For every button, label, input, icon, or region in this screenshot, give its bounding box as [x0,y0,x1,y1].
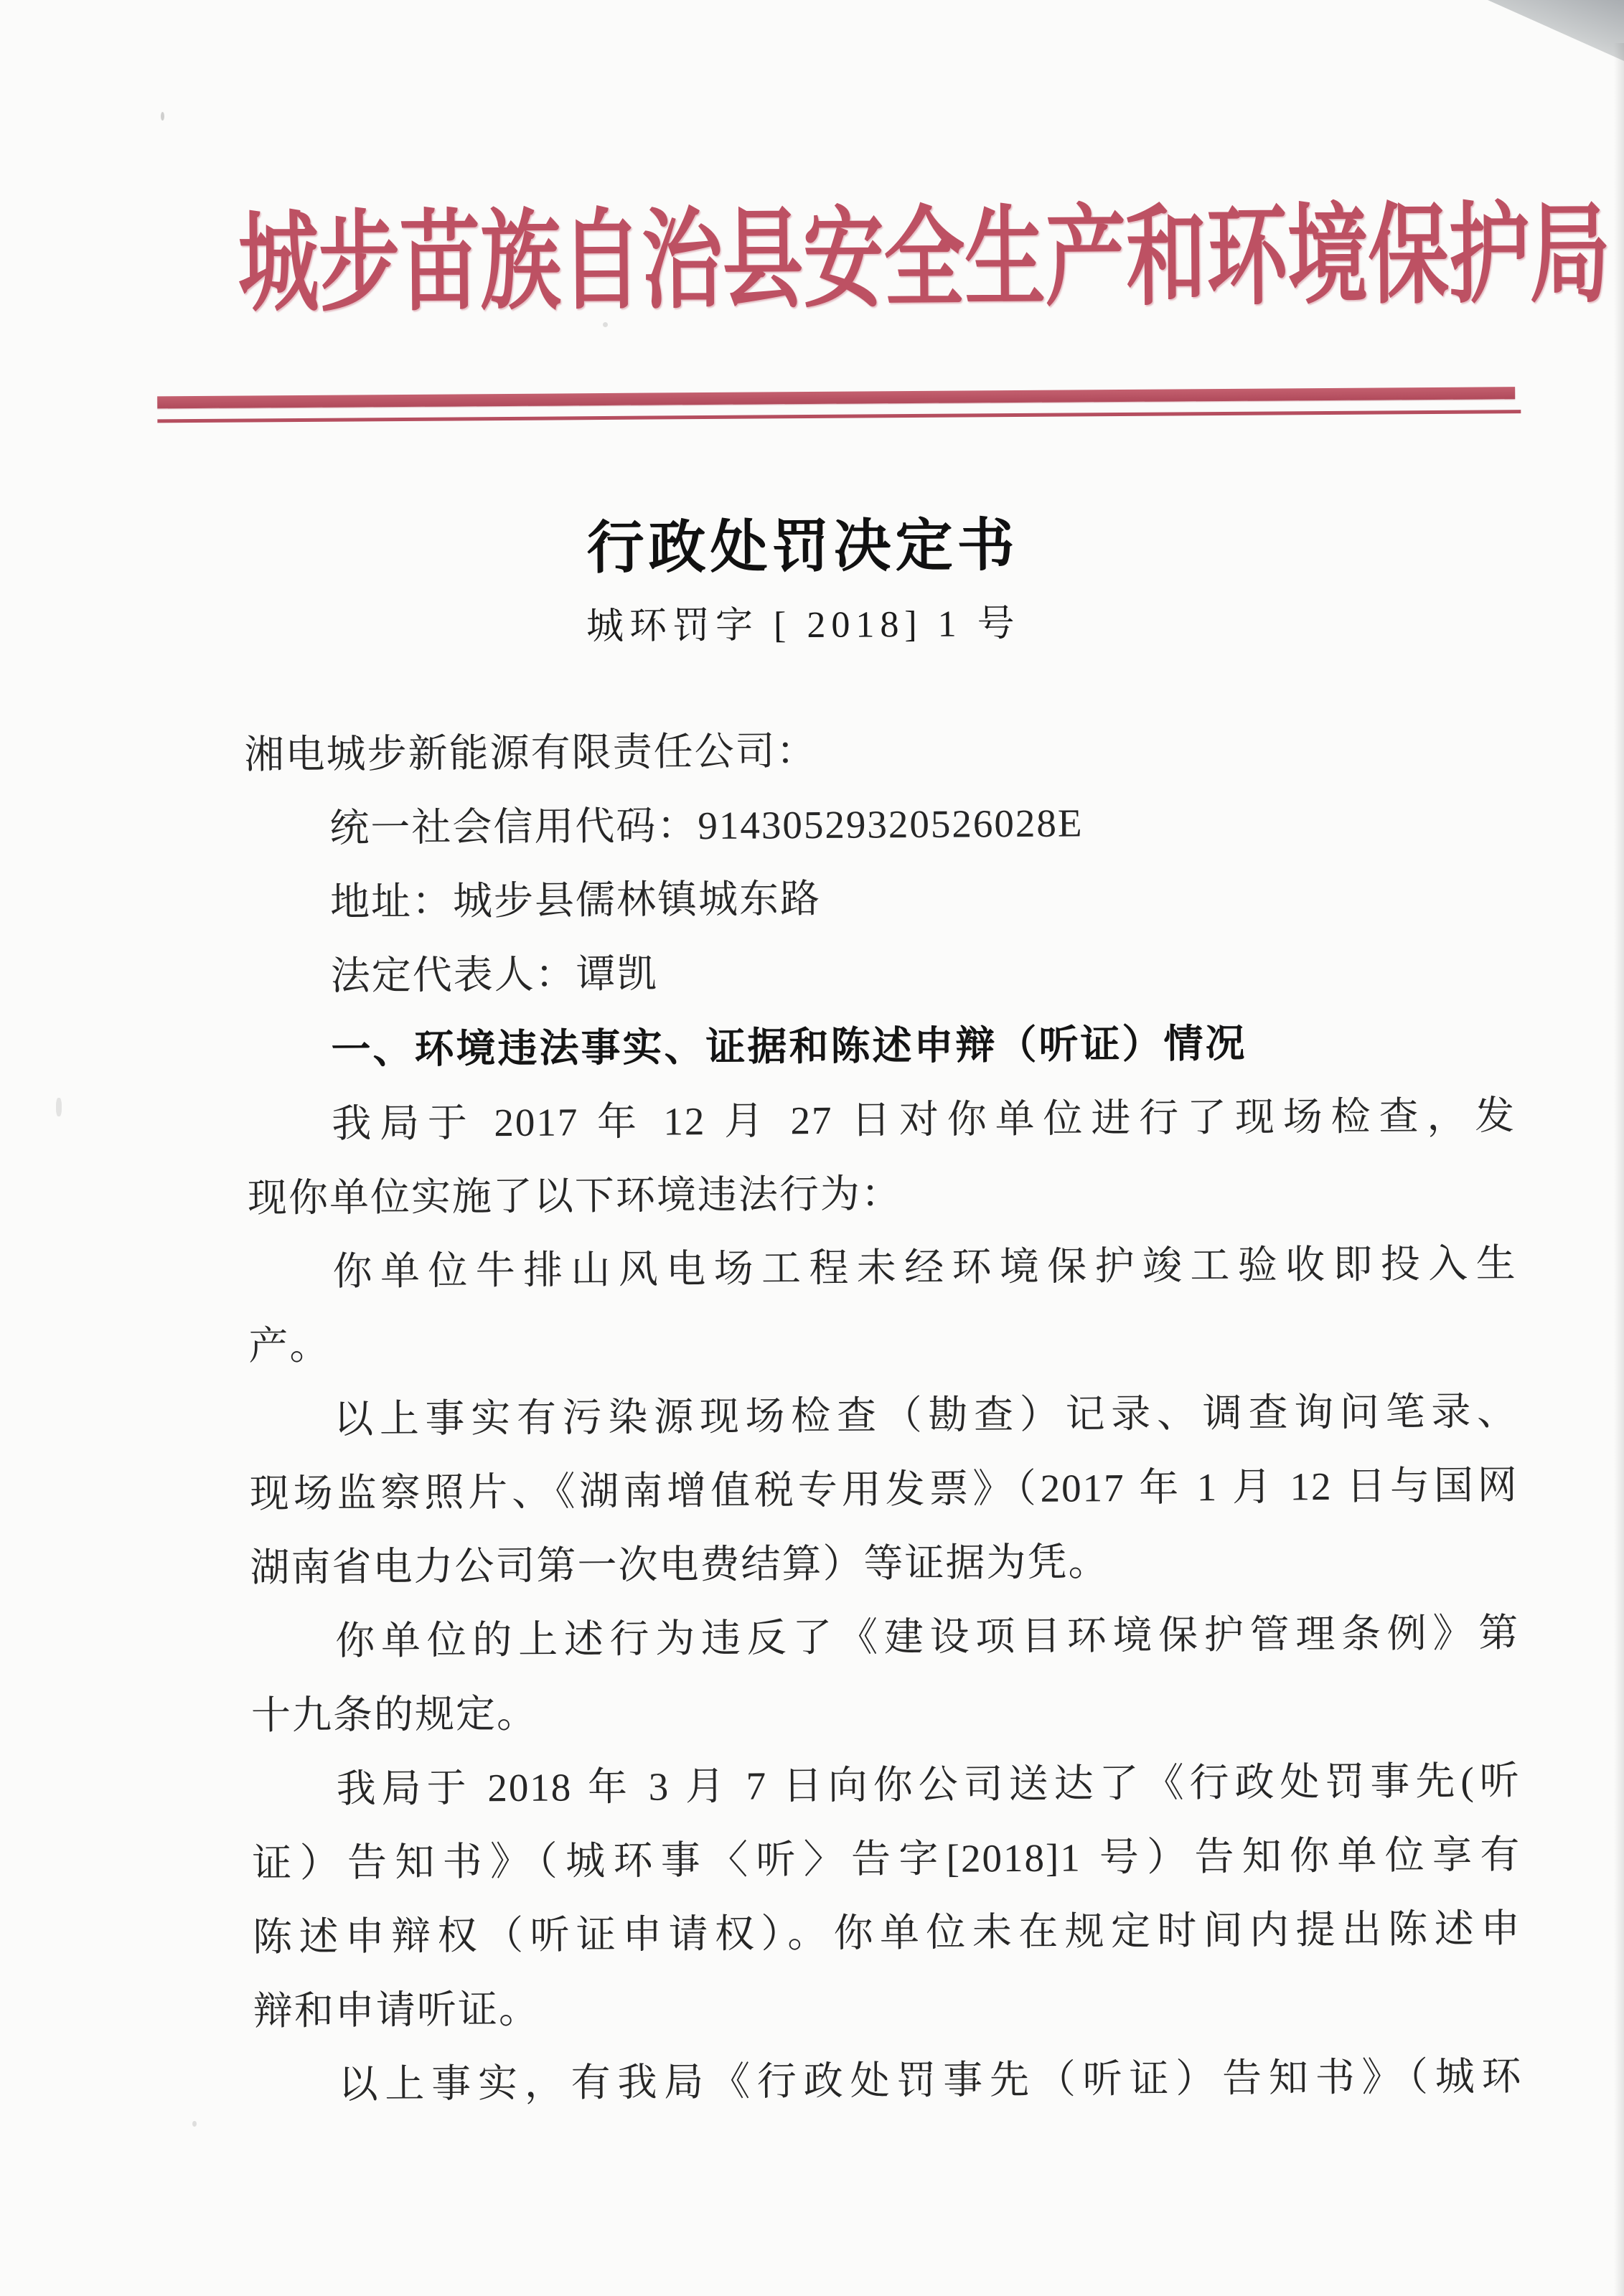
body-line: 证）告知书》（城环事〈听〉告字[2018]1 号）告知你单位享有 [252,1817,1521,1900]
body-line: 我局于 2017 年 12 月 27 日对你单位进行了现场检查，发 [247,1078,1516,1161]
document-body: 湘电城步新能源有限责任公司： 统一社会信用代码：9143052932052602… [244,709,1523,2122]
letterhead-divider-thin [157,410,1521,423]
credit-code-line: 统一社会信用代码：91430529320526028E [245,783,1514,865]
letterhead-divider-thick [157,387,1515,408]
body-line: 你单位牛排山风电场工程未经环境保护竣工验收即投入生 [248,1226,1517,1309]
body-line: 以上事实有污染源现场检查（勘查）记录、调查询问笔录、 [249,1374,1519,1457]
address-line: 地址：城步县儒林镇城东路 [245,857,1515,939]
body-line: 产。 [248,1300,1518,1383]
agency-letterhead: 城步苗族自治县安全生产和环境保护局 [0,197,1621,324]
legal-representative-line: 法定代表人：谭凯 [245,931,1515,1013]
body-line: 现场监察照片、《湖南增值税专用发票》（2017 年 1 月 12 日与国网 [249,1448,1519,1530]
document-number: 城环罚字 [ 2018] 1 号 [0,591,1607,660]
agency-letterhead-text: 城步苗族自治县安全生产和环境保护局 [238,197,1610,321]
body-line: 十九条的规定。 [251,1670,1521,1752]
section-1-heading: 一、环境违法事实、证据和陈述申辩（听证）情况 [246,1004,1516,1087]
document-title: 行政处罚决定书 [0,505,1607,588]
scanned-document-page: 城步苗族自治县安全生产和环境保护局 行政处罚决定书 城环罚字 [ 2018] 1… [0,0,1624,2296]
body-line: 我局于 2018 年 3 月 7 日向你公司送达了《行政处罚事先(听 [251,1744,1521,1826]
company-name-line: 湘电城步新能源有限责任公司： [244,709,1513,791]
body-line: 湖南省电力公司第一次电费结算）等证据为凭。 [250,1522,1519,1604]
body-line: 陈述申辩权（听证申请权）。你单位未在规定时间内提出陈述申 [253,1891,1522,1974]
body-line: 辩和申请听证。 [253,1965,1522,2048]
body-line: 你单位的上述行为违反了《建设项目环境保护管理条例》第 [250,1596,1520,1678]
body-line: 以上事实，有我局《行政处罚事先（听证）告知书》（城环 [253,2039,1523,2122]
document-content: 城步苗族自治县安全生产和环境保护局 行政处罚决定书 城环罚字 [ 2018] 1… [0,0,1624,2296]
body-line: 现你单位实施了以下环境违法行为： [248,1152,1517,1235]
